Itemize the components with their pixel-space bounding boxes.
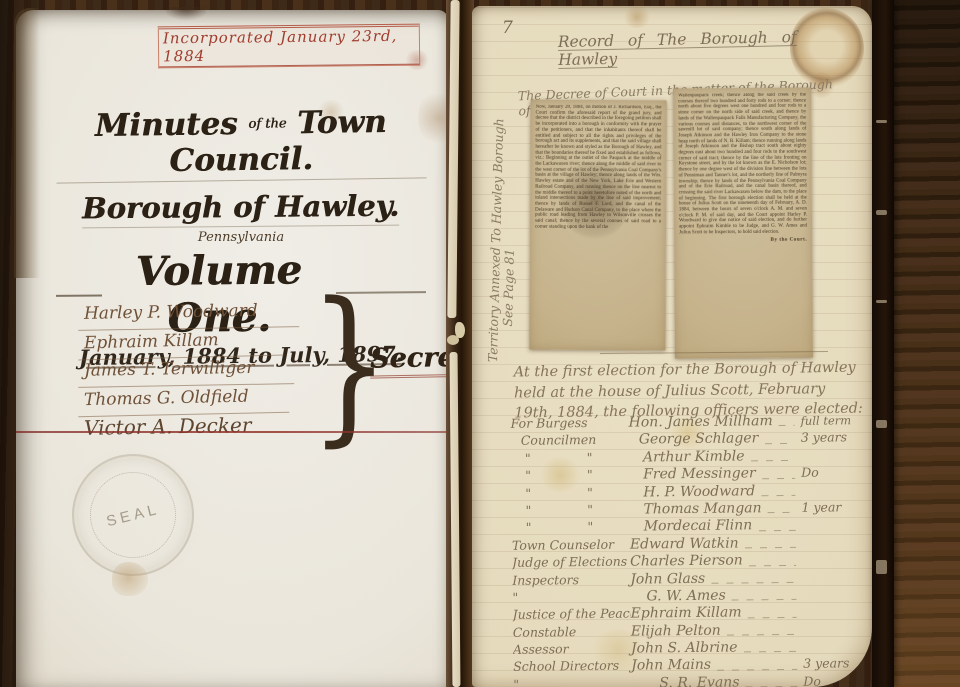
term-label (802, 581, 864, 582)
page-edge-stain (166, 7, 206, 21)
cover-wear-mark (876, 120, 887, 123)
office-label: Town Counselor (512, 536, 630, 552)
office-label: Constable (513, 623, 631, 639)
dash-leader (779, 425, 795, 426)
cover-wear-mark (876, 300, 887, 303)
term-label (803, 650, 865, 651)
incorporation-stamp-text: Incorporated January 23rd, 1884 (159, 27, 419, 68)
secretary-signature: Harley P. Woodward (78, 298, 299, 330)
dash-leader (745, 547, 796, 549)
office-label: " (513, 675, 631, 687)
officer-name: Charles Pierson (630, 553, 743, 570)
newsprint-text: Wallenpaupack creek; thence along the sa… (678, 93, 807, 236)
office-label: School Directors (513, 658, 631, 674)
term-label: 1 year (801, 499, 863, 515)
officer-name: Mordecai Flinn (644, 518, 753, 535)
officer-name: G. W. Ames (646, 588, 725, 605)
torn-page-edge (450, 352, 461, 687)
office-label: " " (511, 449, 643, 465)
officer-name: Hon. James Millham (629, 413, 773, 431)
term-label (802, 529, 864, 530)
officer-name: H. P. Woodward (643, 483, 755, 500)
term-label (803, 633, 865, 634)
officer-name: Ephraim Killam (631, 605, 742, 622)
secretaries-block: Harley P. Woodward Ephraim Killam James … (78, 300, 438, 432)
book-cover-edge (872, 0, 894, 687)
election-roster: For BurgessHon. James Millhamfull term C… (511, 412, 866, 687)
page-header: Record of The Borough of Hawley (558, 27, 849, 69)
page-number: 7 (502, 18, 513, 38)
dash-leader (727, 634, 797, 636)
term-label (802, 546, 864, 547)
seal-inner-ring (81, 463, 185, 567)
dash-leader (748, 617, 797, 619)
term-label: 3 years (801, 430, 863, 446)
dash-leader (762, 477, 795, 478)
office-label: " " (511, 467, 643, 483)
dash-leader (764, 443, 795, 444)
book-gutter (446, 0, 474, 687)
state-label: Pennsylvania (56, 230, 426, 245)
margin-annotation: Territory Annexed To Hawley Borough See … (486, 74, 522, 363)
officer-name: John Mains (631, 657, 711, 674)
officer-name: John Glass (630, 570, 705, 587)
term-label (802, 563, 864, 564)
term-label (801, 459, 863, 460)
office-label: Inspectors (512, 571, 630, 587)
term-label: full term (801, 413, 863, 428)
right-page: 7 Record of The Borough of Hawley Territ… (472, 6, 872, 687)
office-label: " " (511, 501, 643, 517)
term-label (801, 494, 863, 495)
newspaper-clipping-left: Now, January 28, 1884, on motion of J. R… (529, 100, 666, 351)
officer-name: S. R. Evans (659, 674, 739, 687)
torn-page-edge (447, 335, 459, 345)
left-page: Incorporated January 23rd, 1884 Minutes … (16, 10, 448, 687)
term-label: Do (803, 673, 865, 687)
open-minute-book-photo: Incorporated January 23rd, 1884 Minutes … (0, 0, 960, 687)
title-of-the: of the (248, 116, 286, 132)
office-label: Councilmen (511, 432, 639, 448)
term-label (803, 615, 865, 616)
office-label: Justice of the Peace (513, 606, 631, 622)
torn-page-edge (447, 0, 459, 318)
term-label: Do (801, 464, 863, 480)
officer-name: Fred Messinger (643, 465, 756, 482)
term-label (802, 598, 864, 599)
office-label: Assessor (513, 641, 631, 657)
secretary-signature: Thomas G. Oldfield (78, 383, 290, 416)
cover-wear-mark (876, 210, 887, 215)
officer-name: George Schlager (639, 431, 759, 448)
cover-wear-mark (876, 560, 887, 574)
dash-leader (749, 564, 796, 565)
term-label: 3 years (803, 656, 865, 672)
stain (112, 562, 148, 596)
incorporation-stamp: Incorporated January 23rd, 1884 (158, 24, 420, 69)
officer-name: Edward Watkin (630, 535, 739, 552)
stain (622, 6, 652, 28)
office-label: " " (511, 484, 643, 500)
red-horizontal-rule (16, 431, 448, 433)
officer-name: Thomas Mangan (643, 500, 761, 517)
dash-leader (768, 512, 796, 513)
officer-name: Elijah Pelton (631, 622, 721, 639)
secretary-signature: James T. Terwilliger (78, 355, 294, 387)
secretary-signature: Victor A. Decker (78, 412, 299, 443)
officer-name: John S. Albrine (631, 640, 738, 657)
office-label: For Burgess (511, 415, 629, 431)
secretary-signature: Ephraim Killam (78, 326, 285, 360)
newsprint-text: Now, January 28, 1884, on motion of J. R… (535, 105, 662, 231)
dash-leader (761, 495, 795, 496)
wood-table-background (885, 0, 960, 687)
title-line-2: Borough of Hawley. (82, 189, 399, 229)
office-label: Judge of Elections (512, 554, 630, 570)
dash-leader (717, 669, 797, 671)
page-edge-stain (14, 8, 40, 278)
dash-leader (711, 582, 796, 584)
dash-leader (751, 460, 795, 461)
office-label: " " (512, 519, 644, 535)
newspaper-clipping-right: Wallenpaupack creek; thence along the sa… (673, 88, 813, 359)
dash-leader (744, 651, 797, 653)
dash-leader (758, 530, 795, 531)
title-line-1: Minutes of the Town Council. (55, 103, 426, 183)
cover-wear-mark (876, 420, 887, 428)
title-word-minutes: Minutes (95, 106, 238, 144)
dash-leader (732, 599, 797, 601)
newsprint-signoff: By the Court. (679, 237, 807, 244)
secretary-signatures: Harley P. Woodward Ephraim Killam James … (78, 300, 303, 442)
officer-name: Arthur Kimble (643, 448, 745, 465)
office-label: " (512, 589, 630, 605)
